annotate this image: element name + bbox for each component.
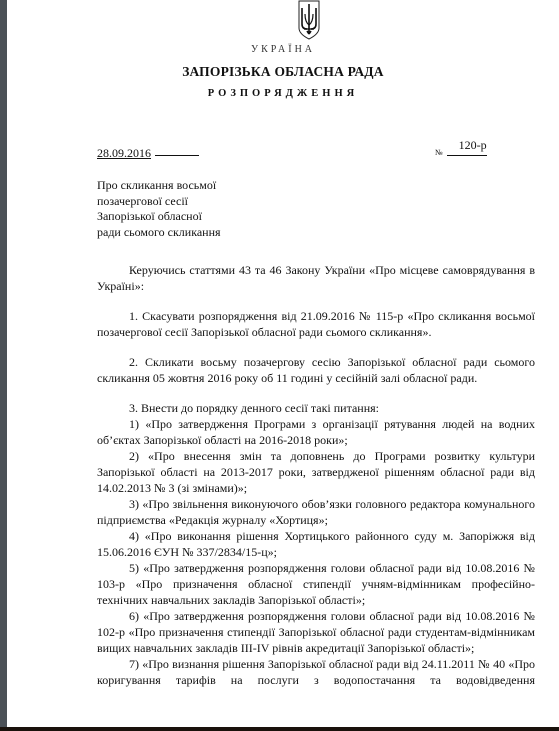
- item-1: 1. Скасувати розпорядження від 21.09.201…: [97, 308, 535, 340]
- viewer-left-edge: [0, 0, 7, 731]
- preamble: Керуючись статтями 43 та 46 Закону Украї…: [97, 262, 535, 294]
- number-sign: №: [435, 148, 443, 157]
- document-body: Керуючись статтями 43 та 46 Закону Украї…: [97, 262, 535, 688]
- agenda-item-1: 1) «Про затвердження Програми з організа…: [97, 416, 535, 448]
- item-3-intro: 3. Внести до порядку денного сесії такі …: [97, 400, 535, 416]
- number-value: 120-р: [447, 138, 487, 156]
- agenda-item-7: 7) «Про визнання рішення Запорізької обл…: [97, 656, 535, 688]
- subject-line: ради сьомого скликання: [97, 225, 221, 241]
- trident-icon: [296, 0, 322, 40]
- subject-line: Запорізької обласної: [97, 209, 221, 225]
- document-number: №120-р: [435, 138, 487, 157]
- document-type-heading: РОЗПОРЯДЖЕННЯ: [7, 88, 559, 99]
- agenda-item-6: 6) «Про затвердження розпорядження голов…: [97, 608, 535, 656]
- date-value: 28.09.2016: [97, 146, 151, 160]
- agenda-item-2: 2) «Про внесення змін та доповнень до Пр…: [97, 448, 535, 496]
- document-date: 28.09.2016: [97, 146, 199, 161]
- subject-line: Про скликання восьмої: [97, 178, 221, 194]
- agenda-item-5: 5) «Про затвердження розпорядження голов…: [97, 560, 535, 608]
- agenda-item-3: 3) «Про звільнення виконуючого обов’язки…: [97, 496, 535, 528]
- subject-line: позачергової сесії: [97, 194, 221, 210]
- document-subject: Про скликання восьмої позачергової сесії…: [97, 178, 221, 240]
- country-heading: УКРАЇНА: [7, 44, 559, 55]
- item-2: 2. Скликати восьму позачергову сесію Зап…: [97, 354, 535, 386]
- organization-heading: ЗАПОРІЗЬКА ОБЛАСНА РАДА: [7, 64, 559, 80]
- document-page: УКРАЇНА ЗАПОРІЗЬКА ОБЛАСНА РАДА РОЗПОРЯД…: [7, 0, 559, 727]
- agenda-item-4: 4) «Про виконання рішення Хортицького ра…: [97, 528, 535, 560]
- viewer-bottom-edge: [0, 727, 559, 731]
